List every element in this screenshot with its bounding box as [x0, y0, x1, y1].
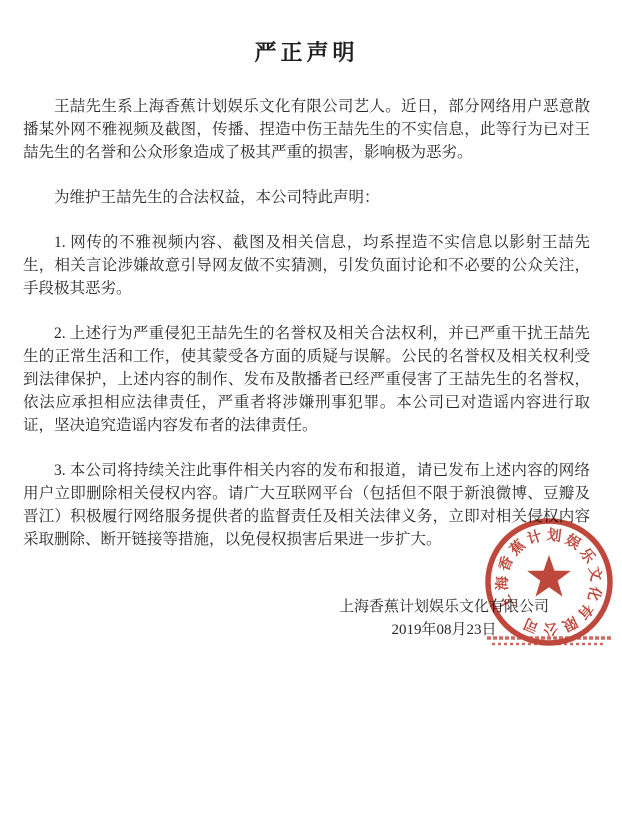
purpose-line: 为维护王喆先生的合法权益，本公司特此声明：: [23, 186, 590, 209]
statement-item-3: 3. 本公司将持续关注此事件相关内容的发布和报道，请已发布上述内容的网络用户立即…: [23, 459, 590, 551]
company-signature: 上海香蕉计划娱乐文化有限公司: [338, 597, 550, 618]
statement-document: 严正声明 王喆先生系上海香蕉计划娱乐文化有限公司艺人。近日，部分网络用户恶意散播…: [0, 0, 622, 829]
intro-paragraph: 王喆先生系上海香蕉计划娱乐文化有限公司艺人。近日，部分网络用户恶意散播某外网不雅…: [23, 95, 590, 164]
svg-text:海: 海: [493, 575, 511, 590]
statement-item-2: 2. 上述行为严重侵犯王喆先生的名誉权及相关合法权利，并已严重干扰王喆先生的正常…: [23, 322, 590, 437]
star-icon: [527, 555, 571, 597]
svg-text:文: 文: [585, 565, 605, 583]
statement-item-1: 1. 网传的不雅视频内容、截图及相关信息，均系捏造不实信息以影射王喆先生，相关言…: [23, 231, 590, 300]
document-title: 严正声明: [23, 36, 590, 67]
svg-text:有: 有: [574, 600, 597, 623]
svg-text:限: 限: [559, 613, 580, 636]
svg-text:化: 化: [584, 584, 605, 604]
signature-date: 2019年08月23日: [338, 620, 550, 641]
svg-text:香: 香: [495, 553, 517, 574]
signature-block: 上海香蕉计划娱乐文化有限公司 2019年08月23日: [338, 597, 550, 641]
